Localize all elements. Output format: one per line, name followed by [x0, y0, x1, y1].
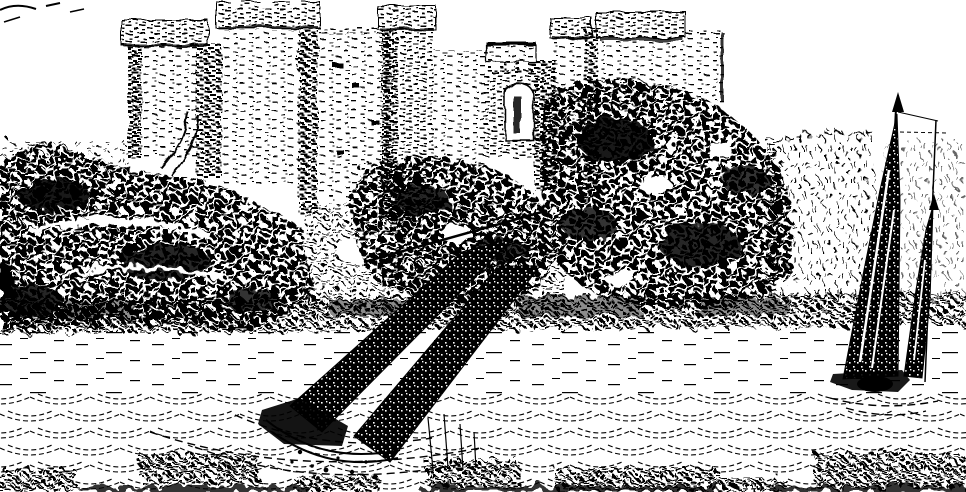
castle-tower-left	[122, 20, 208, 176]
left-edge-rock	[0, 262, 14, 300]
castle-shadow-band-1	[196, 44, 222, 178]
engraving-figure: Engraved riverside view of a ruined cast…	[0, 0, 966, 492]
water	[0, 332, 966, 492]
castle-engraving: Engraved riverside view of a ruined cast…	[0, 0, 966, 492]
castle-tower-second	[216, 0, 320, 214]
castle-gatehouse	[482, 42, 540, 157]
